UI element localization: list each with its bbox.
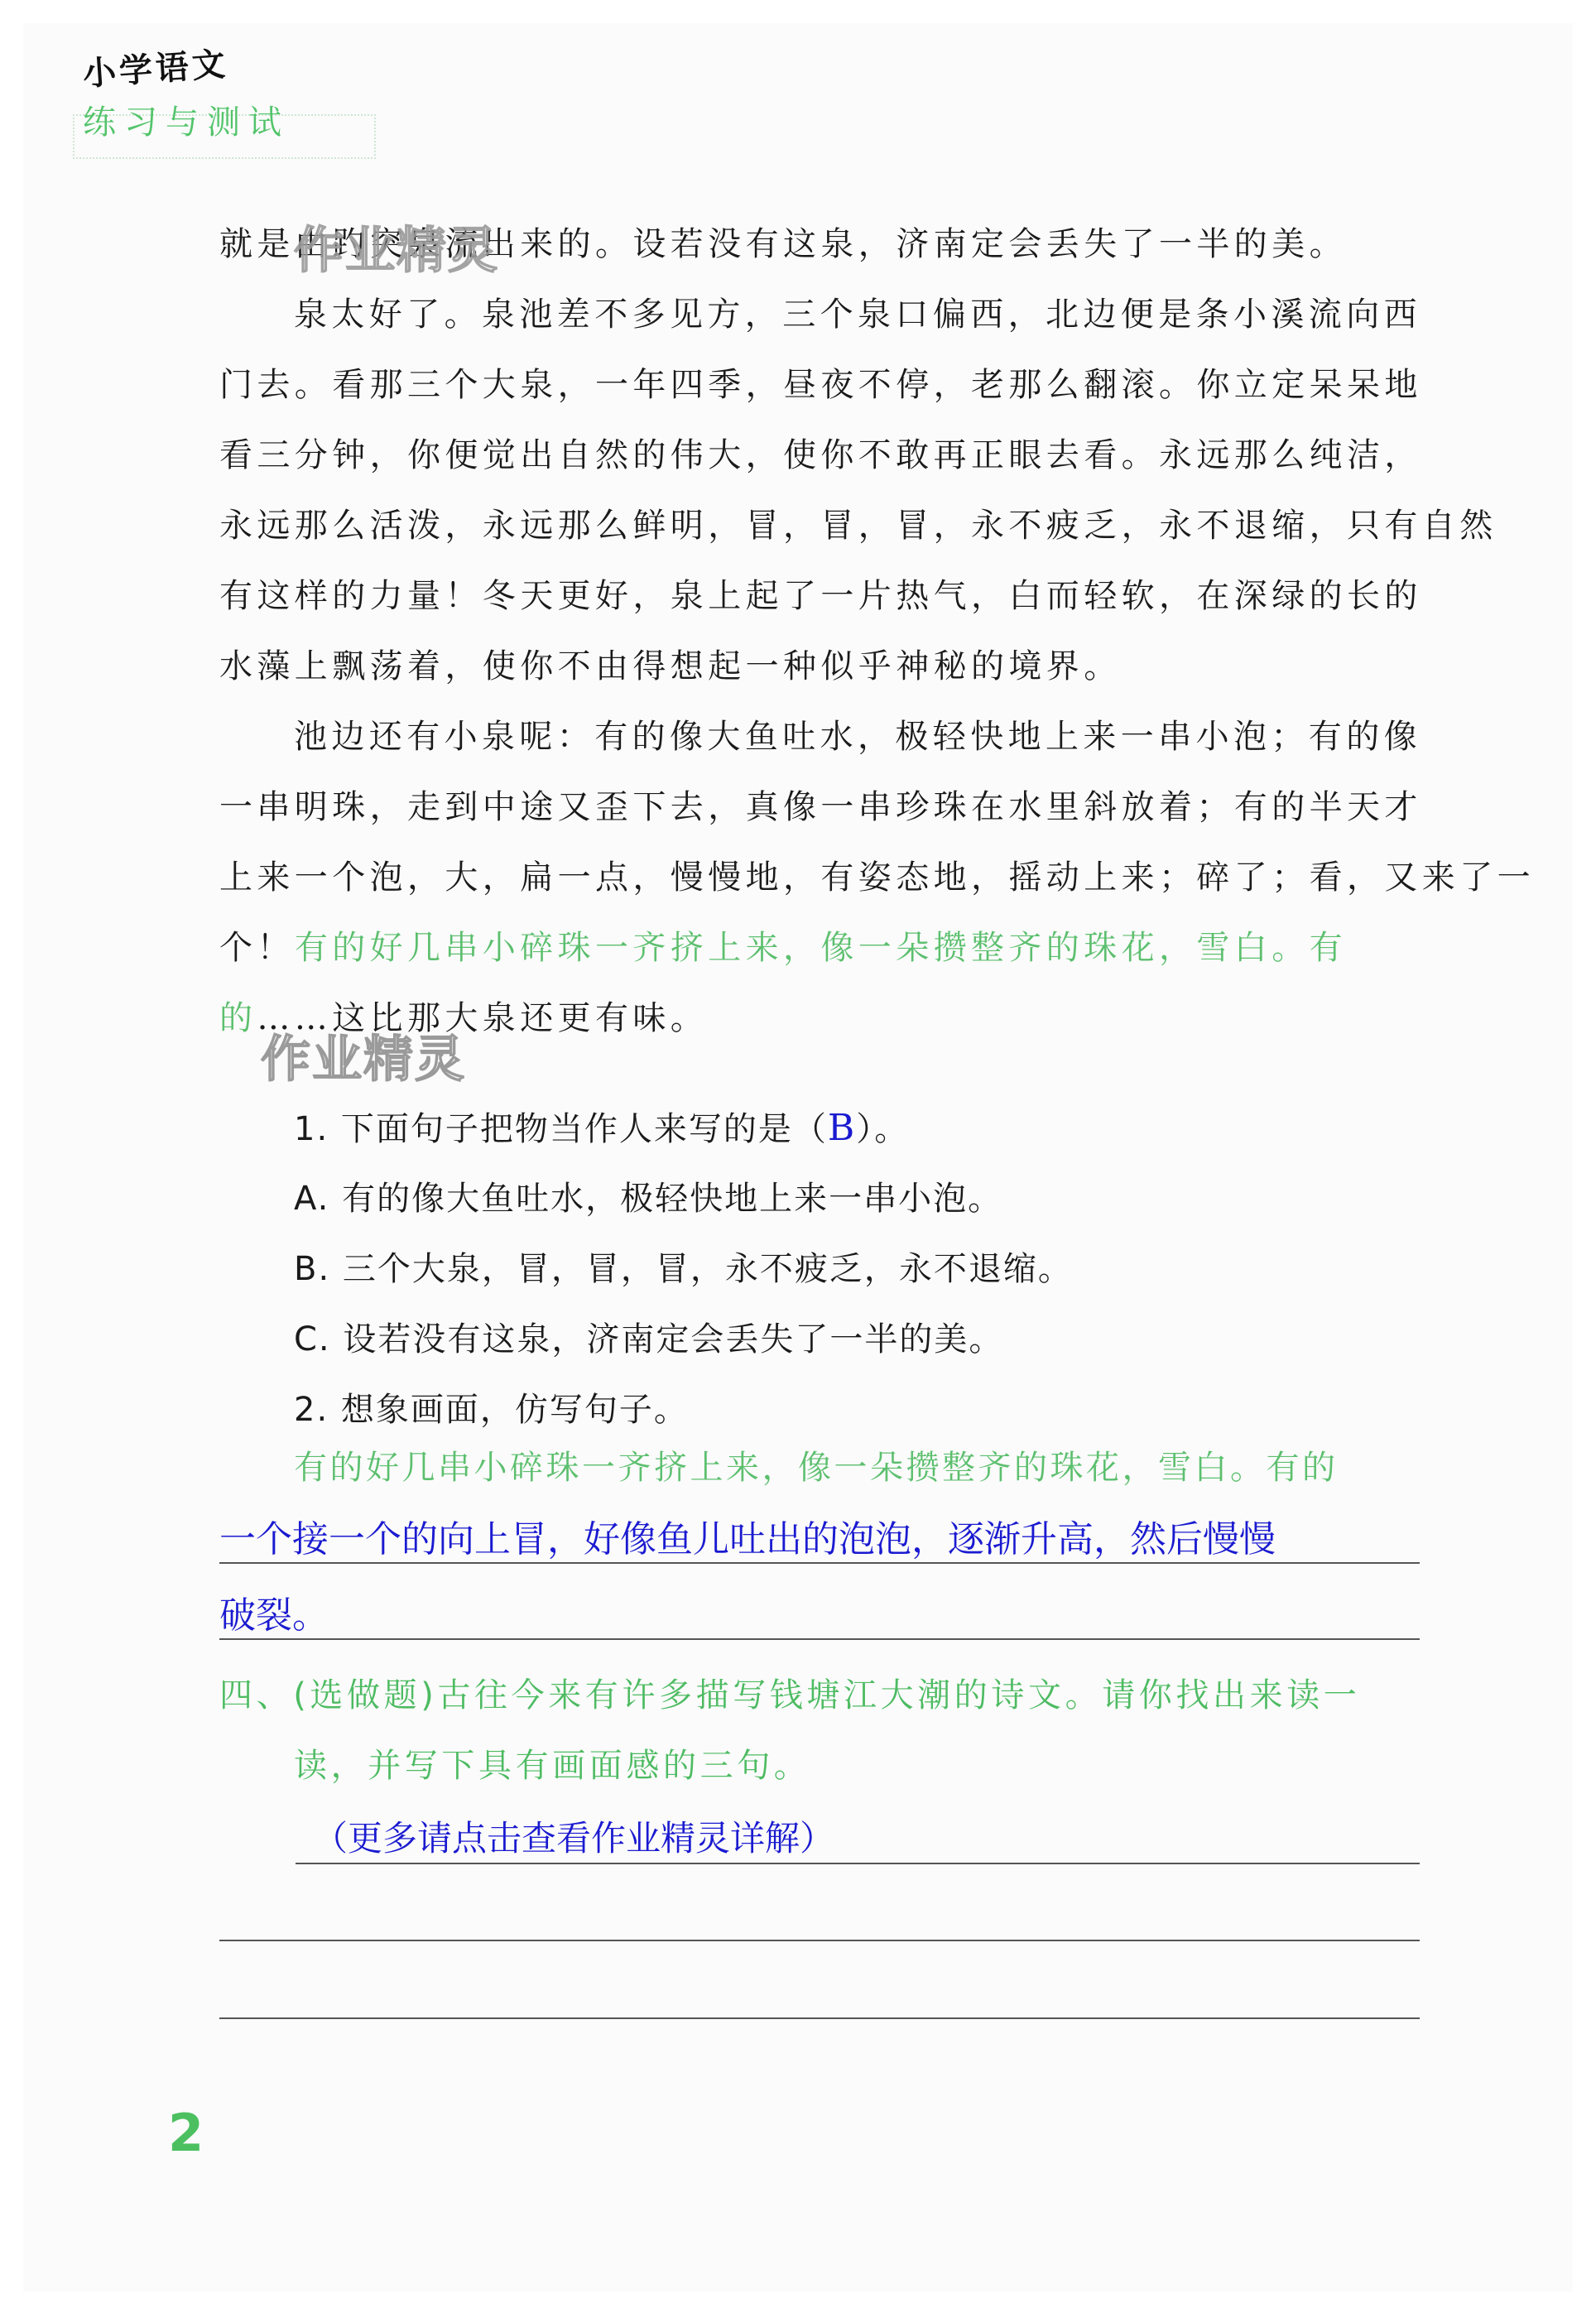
watermark-top: 作业精灵 [294,211,499,282]
passage-line-3: 门去。看那三个大泉，一年四季，昼夜不停，老那么翻滚。你立定呆呆地 [219,362,1422,408]
passage-line-6: 有这样的力量！冬天更好，泉上起了一片热气，白而轻软，在深绿的长的 [219,573,1422,619]
question-1-prompt: 1. 下面句子把物当作人来写的是（ [294,1110,828,1148]
section-4-prompt-line-1: 四、(选做题)古往今来有许多描写钱塘江大潮的诗文。请你找出来读一 [219,1672,1360,1719]
passage-line-11-black: 个！ [219,929,295,967]
passage-line-10: 上来一个泡，大，扁一点，慢慢地，有姿态地，摇动上来；碎了；看，又来了一 [219,854,1535,901]
answer-line-2: 破裂。 [219,1593,329,1639]
passage-line-4: 看三分钟，你便觉出自然的伟大，使你不敢再正眼去看。永远那么纯洁， [219,432,1422,478]
passage-line-11: 个！有的好几串小碎珠一齐挤上来，像一朵攒整齐的珠花，雪白。有 [219,925,1347,971]
highlighted-sentence: 有的好几串小碎珠一齐挤上来，像一朵攒整齐的珠花，雪白。有 [295,929,1347,967]
highlighted-sentence-end: 的 [219,999,257,1037]
option-b: B. 三个大泉，冒，冒，冒，永不疲乏，永不退缩。 [294,1246,1073,1292]
answer-rule-3 [296,1863,1420,1864]
passage-line-8: 池边还有小泉呢：有的像大鱼吐水，极轻快地上来一串小泡；有的像 [294,714,1421,760]
section-4-prompt-line-2: 读，并写下具有画面感的三句。 [294,1743,810,1789]
passage-line-2: 泉太好了。泉池差不多见方，三个泉口偏西，北边便是条小溪流向西 [294,291,1421,338]
answer-rule-1 [219,1562,1420,1564]
passage-line-9: 一串明珠，走到中途又歪下去，真像一串珍珠在水里斜放着；有的半天才 [219,784,1422,830]
passage-line-5: 永远那么活泼，永远那么鲜明，冒，冒，冒，永不疲乏，永不退缩，只有自然 [219,503,1497,549]
question-2-prompt: 2. 想象画面，仿写句子。 [294,1387,689,1433]
page-number: 2 [168,2103,204,2163]
option-c: C. 设若没有这泉，济南定会丢失了一半的美。 [294,1316,1003,1363]
book-title: 练习与测试 [83,96,290,143]
watermark-middle: 作业精灵 [261,1020,466,1091]
answer-rule-2 [219,1638,1420,1640]
passage-line-7: 水藻上飘荡着，使你不由得想起一种似乎神秘的境界。 [219,643,1122,690]
answer-rule-4 [219,1940,1420,1941]
question-1: 1. 下面句子把物当作人来写的是（B）。 [294,1105,909,1152]
answer-rule-5 [219,2017,1420,2019]
question-1-answer: B [828,1107,856,1149]
model-sentence: 有的好几串小碎珠一齐挤上来，像一朵攒整齐的珠花，雪白。有的 [294,1445,1339,1491]
option-a: A. 有的像大鱼吐水，极轻快地上来一串小泡。 [294,1176,1002,1222]
view-details-link[interactable]: （更多请点击查看作业精灵详解） [313,1815,834,1862]
answer-line-1: 一个接一个的向上冒，好像鱼儿吐出的泡泡，逐渐升高，然后慢慢 [219,1517,1276,1563]
question-1-prompt-end: ）。 [856,1110,909,1148]
